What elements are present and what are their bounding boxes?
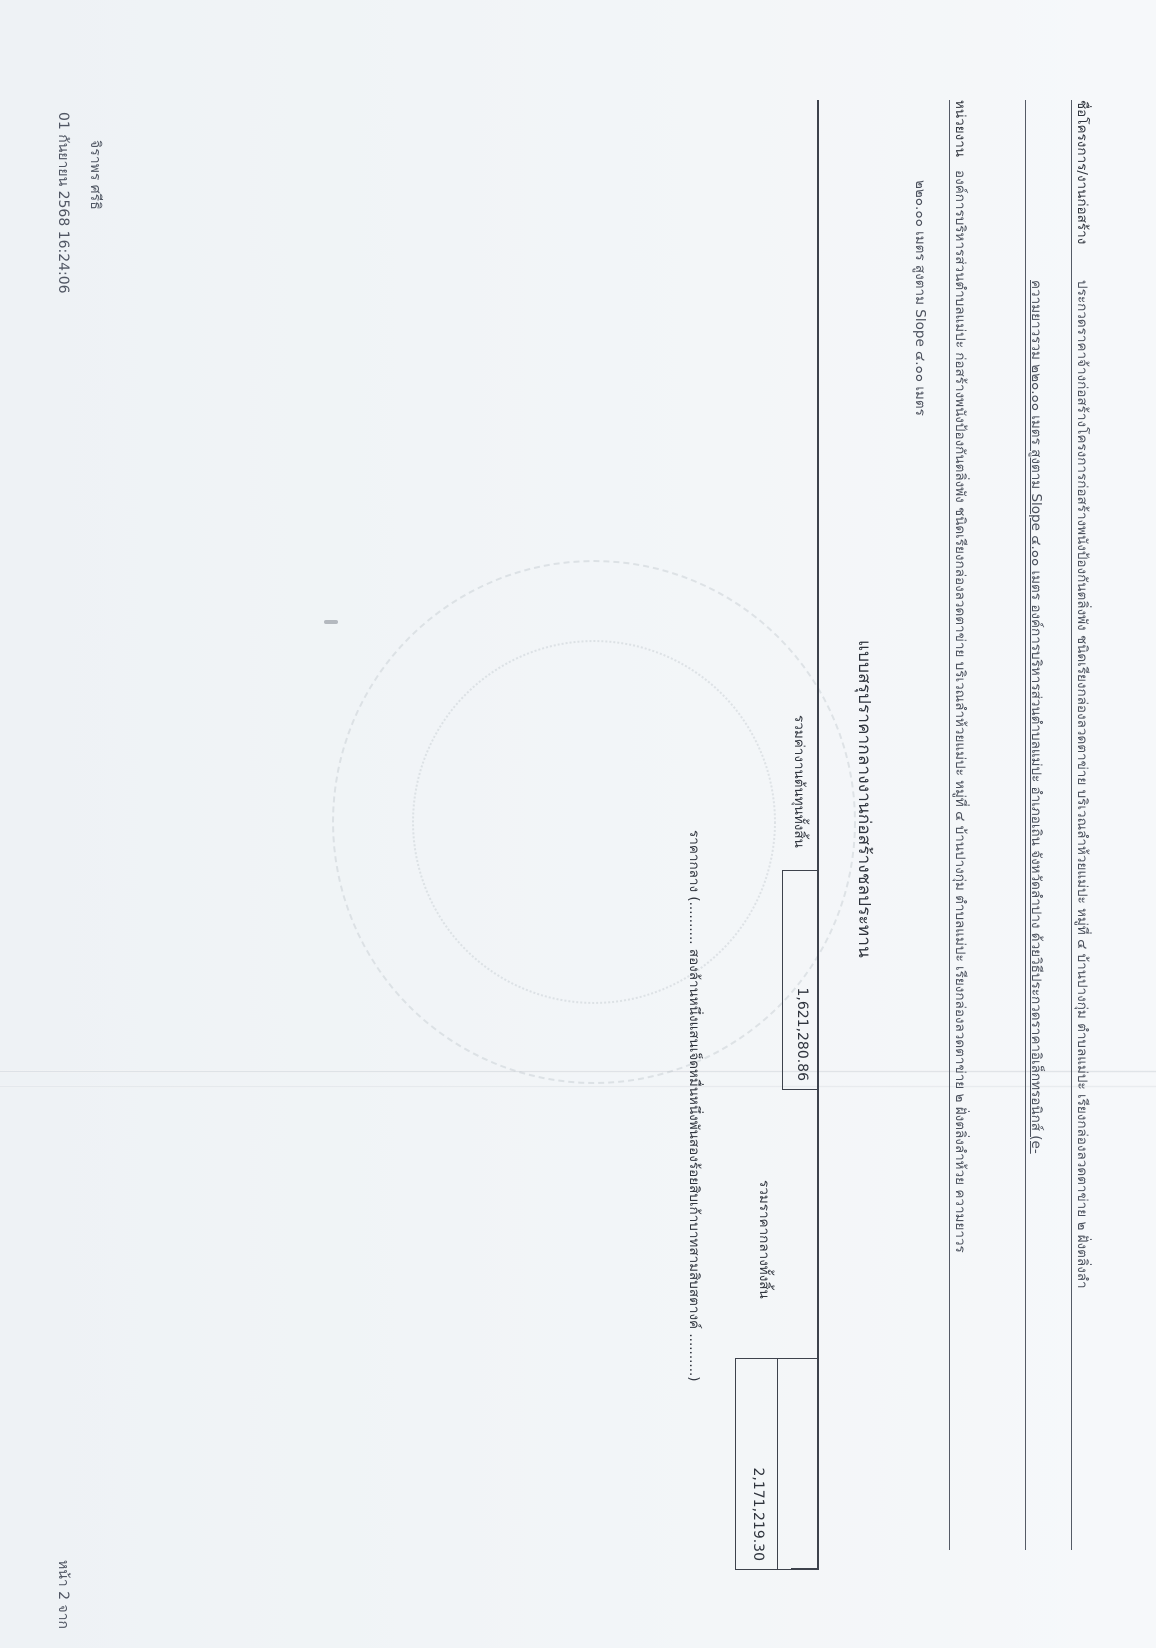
document-page: แบบสรุปราคากลางงานก่อสร้างชลประทาน ชื่อโ… <box>0 0 1156 1648</box>
agency-line1: องค์การบริหารส่วนตำบลแม่ปะ ก่อสร้างพนังป… <box>950 170 972 1253</box>
ink-mark <box>324 620 338 624</box>
project-underline-1 <box>1071 100 1072 1550</box>
project-underline-2 <box>1025 100 1026 1550</box>
seal-watermark-inner <box>412 640 776 1004</box>
agency-label: หน่วยงาน <box>950 100 972 157</box>
agency-underline <box>949 100 950 1550</box>
median-price-value: 2,171,219.30 <box>750 1467 766 1561</box>
median-price-box: 2,171,219.30 <box>735 1358 819 1570</box>
project-name-line1: ประกวดราคาจ้างก่อสร้างโครงการก่อสร้างพนั… <box>1072 280 1094 1289</box>
project-name-line2: ความยาวรวม ๒๒๐.๐๐ เมตร สูงตาม Slope ๔.๐๐… <box>1026 280 1048 1154</box>
table-top-border <box>817 100 819 1570</box>
work-cost-value: 1,621,280.86 <box>794 987 810 1081</box>
footer-page-number: หน้า 2 จาก <box>52 1560 74 1629</box>
median-price-divider <box>777 1359 778 1569</box>
page-title: แบบสรุปราคากลางงานก่อสร้างชลประทาน <box>851 640 878 958</box>
work-cost-label: รวมค่างานต้นทุนทั้งสิ้น <box>789 715 811 848</box>
paper-fold <box>0 1085 1156 1088</box>
median-price-label: รวมราคากลางทั้งสิ้น <box>754 1180 776 1299</box>
agency-line2: ๒๒๐.๐๐ เมตร สูงตาม Slope ๔.๐๐ เมตร <box>910 180 932 416</box>
footer-datetime: 01 กันยายน 2568 16:24:06 <box>52 112 74 294</box>
footer-name: จิราพร ศรีธิ <box>84 140 106 210</box>
project-label: ชื่อโครงการ/งานก่อสร้าง <box>1072 100 1094 244</box>
work-cost-box: 1,621,280.86 <box>782 870 819 1090</box>
median-price-text: ราคากลาง (.......... สองล้านหนึ่งแสนเจ็ด… <box>684 830 706 1382</box>
